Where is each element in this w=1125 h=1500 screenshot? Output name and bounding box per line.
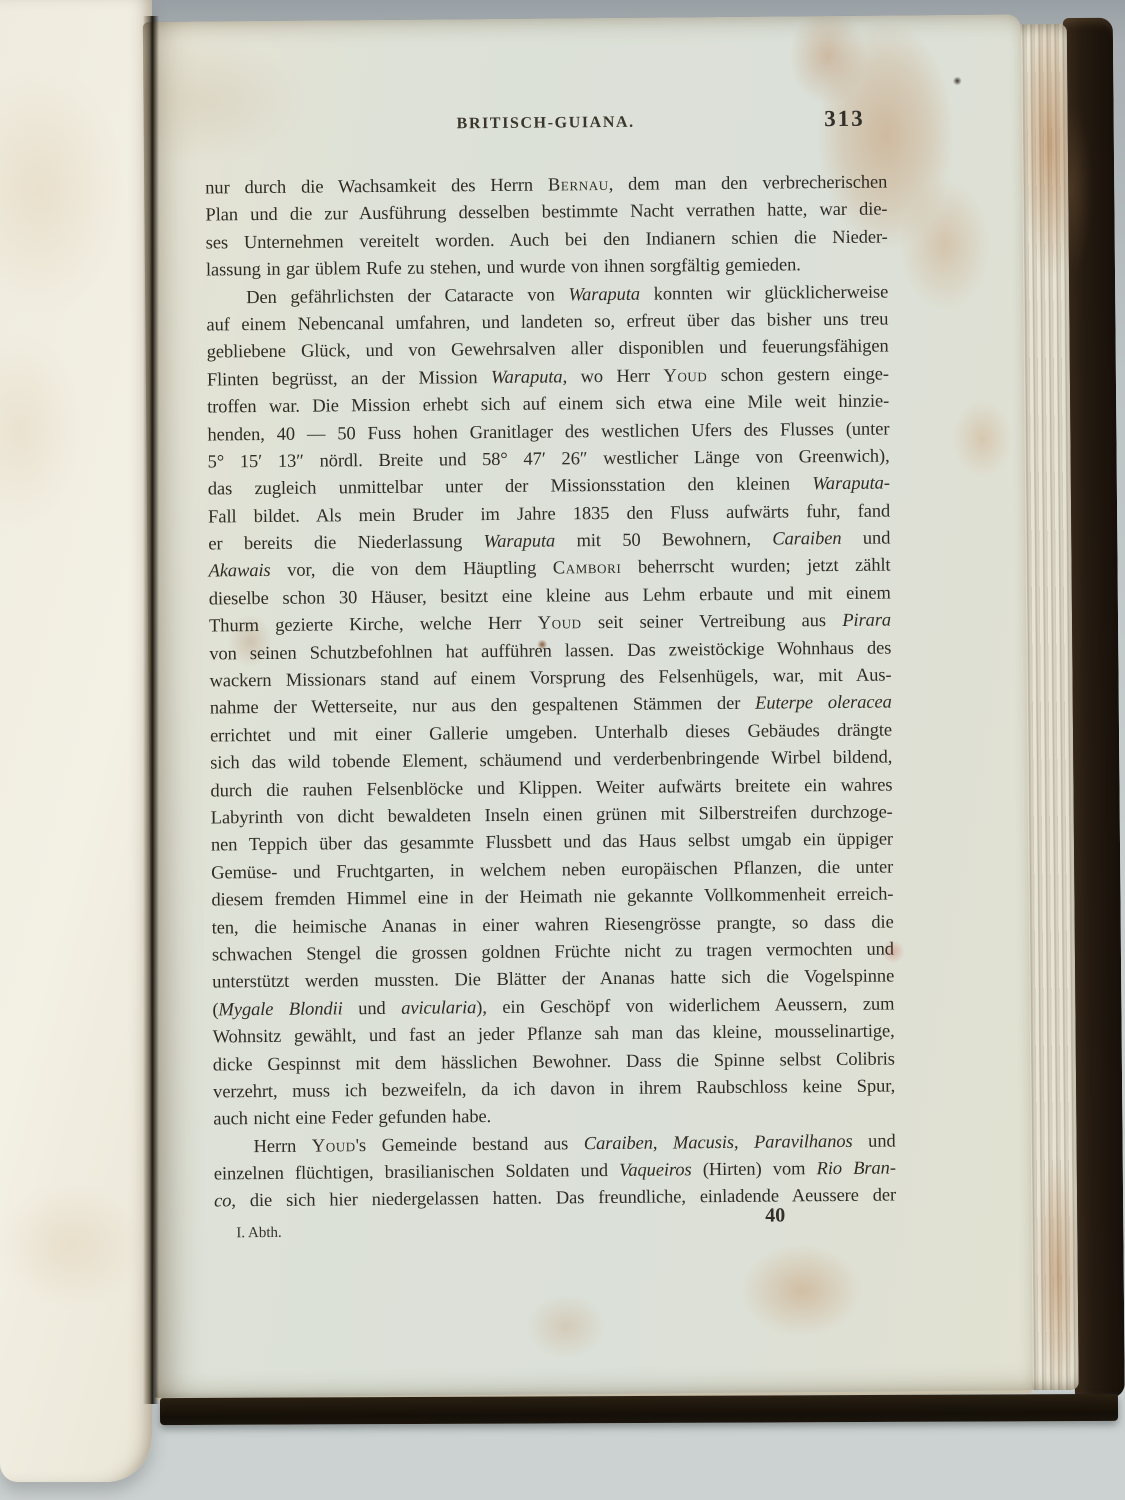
cover-bottom-edge <box>160 1394 1118 1425</box>
text-line: co, die sich hier niedergelassen hatten.… <box>214 1183 896 1216</box>
page-header: BRITISCH-GUIANA. 313 <box>205 112 887 148</box>
facing-page <box>0 0 152 1482</box>
book-photo: BRITISCH-GUIANA. 313 nur durch die Wachs… <box>0 0 1125 1500</box>
running-title: BRITISCH-GUIANA. <box>205 112 887 136</box>
open-book: BRITISCH-GUIANA. 313 nur durch die Wachs… <box>143 14 1125 1400</box>
section-signature: I. Abth. <box>236 1225 282 1242</box>
sheet-signature-number: 40 <box>765 1204 785 1227</box>
printed-page-content: BRITISCH-GUIANA. 313 nur durch die Wachs… <box>143 14 1033 1398</box>
body-text: nur durch die Wachsamkeit des Herrn Bern… <box>205 170 896 1217</box>
page-number: 313 <box>824 106 865 132</box>
gutter-shadow <box>143 16 159 1404</box>
book-page: BRITISCH-GUIANA. 313 nur durch die Wachs… <box>143 14 1033 1401</box>
